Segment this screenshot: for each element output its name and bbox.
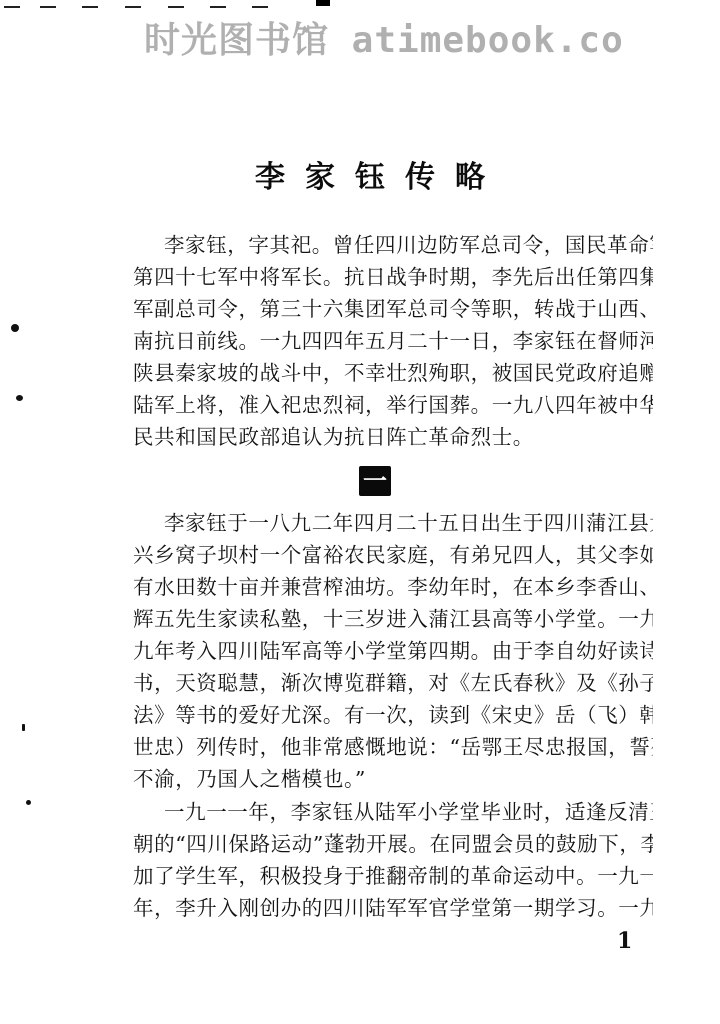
text-line: 李家钰于一八九二年四月二十五日出生于四川蒲江县大 xyxy=(133,507,653,539)
scan-speck xyxy=(16,395,23,401)
intro-paragraph: 李家钰，字其祀。曾任四川边防军总司令，国民革命军 第四十七军中将军长。抗日战争时… xyxy=(133,229,653,453)
body-paragraph: 李家钰于一八九二年四月二十五日出生于四川蒲江县大 兴乡窝子坝村一个富裕农民家庭，… xyxy=(133,507,653,795)
scan-dash xyxy=(252,6,268,8)
text-line: 陆军上将，准入祀忠烈祠，举行国葬。一九八四年被中华人 xyxy=(133,389,653,421)
text-line: 世忠）列传时，他非常感慨地说：“岳鄂王尽忠报国，誓死 xyxy=(133,731,653,763)
scan-edge-marks xyxy=(0,0,330,8)
scan-dash xyxy=(210,6,226,8)
scan-dash xyxy=(125,6,141,8)
text-line: 辉五先生家读私塾，十三岁进入蒲江县高等小学堂。一九零 xyxy=(133,603,653,635)
text-line: 李家钰，字其祀。曾任四川边防军总司令，国民革命军 xyxy=(133,229,653,261)
scan-speck xyxy=(11,324,19,332)
text-line: 法》等书的爱好尤深。有一次，读到《宋史》岳（飞）韩（ xyxy=(133,699,653,731)
scan-speck xyxy=(22,724,25,731)
watermark: 时光图书馆 atimebook.co xyxy=(144,12,624,63)
page-title: 李家钰传略 xyxy=(0,152,720,196)
text-line: 年，李升入刚创办的四川陆军军官学堂第一期学习。一九一 xyxy=(133,892,653,924)
text-line: 第四十七军中将军长。抗日战争时期，李先后出任第四集团 xyxy=(133,261,653,293)
text-line: 书，天资聪慧，渐次博览群籍，对《左氏春秋》及《孙子兵 xyxy=(133,667,653,699)
text-line: 有水田数十亩并兼营榨油坊。李幼年时，在本乡李香山、黄 xyxy=(133,571,653,603)
scan-speck xyxy=(26,800,31,805)
text-line: 兴乡窝子坝村一个富裕农民家庭，有弟兄四人，其父李如松 xyxy=(133,539,653,571)
scan-dash xyxy=(168,6,184,8)
page-number: 1 xyxy=(617,928,632,954)
text-line: 一九一一年，李家钰从陆军小学堂毕业时，适逢反清王 xyxy=(133,796,653,828)
body-paragraph: 一九一一年，李家钰从陆军小学堂毕业时，适逢反清王 朝的“四川保路运动”蓬勃开展。… xyxy=(133,796,653,924)
scan-dash xyxy=(4,6,20,8)
text-line: 南抗日前线。一九四四年五月二十一日，李家钰在督师河南 xyxy=(133,325,653,357)
text-line: 九年考入四川陆军高等小学堂第四期。由于李自幼好读诗 xyxy=(133,635,653,667)
text-line: 不渝，乃国人之楷模也。” xyxy=(133,763,653,795)
text-line: 军副总司令，第三十六集团军总司令等职，转战于山西、河 xyxy=(133,293,653,325)
text-line: 陕县秦家坡的战斗中，不幸壮烈殉职，被国民党政府追赠为 xyxy=(133,357,653,389)
text-line: 加了学生军，积极投身于推翻帝制的革命运动中。一九一二 xyxy=(133,860,653,892)
text-line: 朝的“四川保路运动”蓬勃开展。在同盟会员的鼓励下，李参 xyxy=(133,828,653,860)
section-marker: 一 xyxy=(359,466,391,496)
scan-dash xyxy=(82,6,98,8)
scan-dash xyxy=(40,6,56,8)
text-line: 民共和国民政部追认为抗日阵亡革命烈士。 xyxy=(133,421,653,453)
scan-dash xyxy=(316,0,330,6)
